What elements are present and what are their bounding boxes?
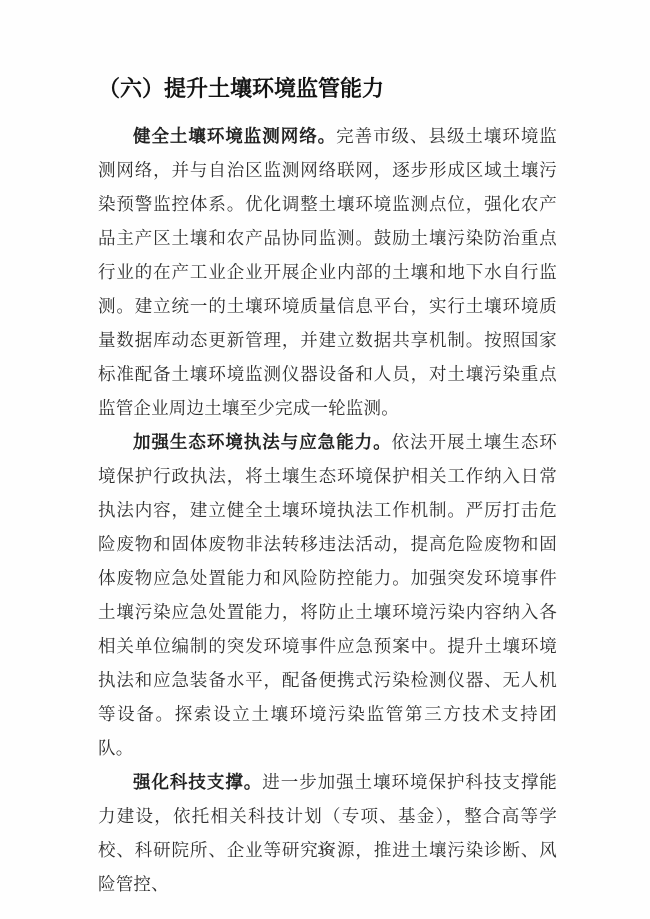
paragraph: 加强生态环境执法与应急能力。依法开展土壤生态环境保护行政执法，将土壤生态环境保护… [98, 425, 557, 765]
document-content: （六）提升土壤环境监管能力 健全土壤环境监测网络。完善市级、县级土壤环境监测网络… [98, 0, 557, 901]
paragraph-lead: 强化科技支撑。 [133, 772, 262, 792]
paragraph-lead: 健全土壤环境监测网络。 [133, 126, 336, 146]
paragraph: 强化科技支撑。进一步加强土壤环境保护科技支撑能力建设，依托相关科技计划（专项、基… [98, 765, 557, 901]
page-number: 26 [0, 842, 650, 858]
body-text: 健全土壤环境监测网络。完善市级、县级土壤环境监测网络，并与自治区监测网络联网，逐… [98, 119, 557, 901]
paragraph-lead: 加强生态环境执法与应急能力。 [133, 432, 392, 452]
section-heading: （六）提升土壤环境监管能力 [98, 76, 557, 102]
paragraph-body: 依法开展土壤生态环境保护行政执法，将土壤生态环境保护相关工作纳入日常执法内容，建… [98, 432, 557, 758]
paragraph-body: 完善市级、县级土壤环境监测网络，并与自治区监测网络联网，逐步形成区域土壤污染预警… [98, 126, 557, 418]
document-page: （六）提升土壤环境监管能力 健全土壤环境监测网络。完善市级、县级土壤环境监测网络… [0, 0, 650, 919]
paragraph: 健全土壤环境监测网络。完善市级、县级土壤环境监测网络，并与自治区监测网络联网，逐… [98, 119, 557, 425]
